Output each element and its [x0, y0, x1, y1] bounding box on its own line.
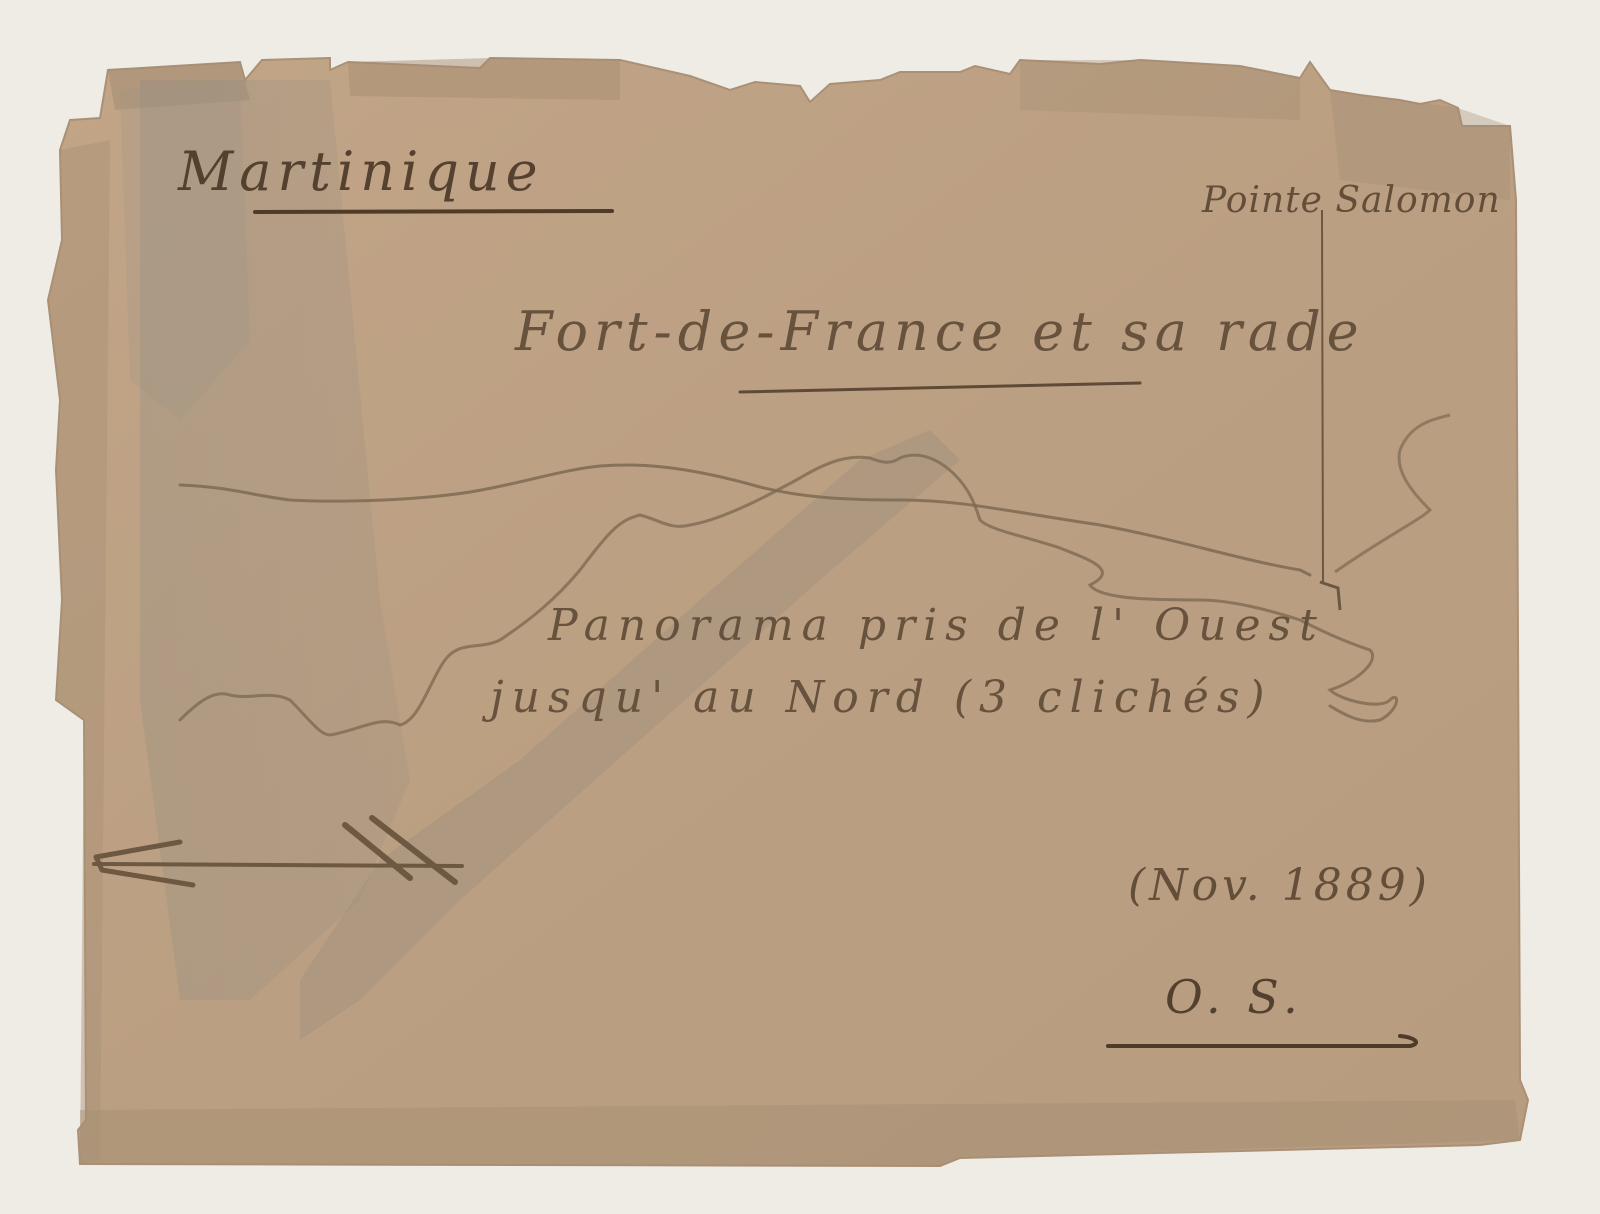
- underline-martinique: [255, 211, 612, 212]
- scan-background: Martinique Pointe Salomon Fort-de-France…: [0, 0, 1600, 1214]
- landmark-label: Pointe Salomon: [1202, 180, 1501, 221]
- pointe-salomon-marker: [1322, 210, 1323, 582]
- caption-line-2: jusqu' au Nord (3 clichés): [490, 672, 1273, 723]
- document-title: Fort-de-France et sa rade: [515, 300, 1365, 363]
- author-initials: O. S.: [1165, 970, 1304, 1024]
- caption-line-1: Panorama pris de l' Ouest: [548, 600, 1325, 651]
- location-heading: Martinique: [178, 140, 544, 203]
- date-label: (Nov. 1889): [1128, 860, 1431, 911]
